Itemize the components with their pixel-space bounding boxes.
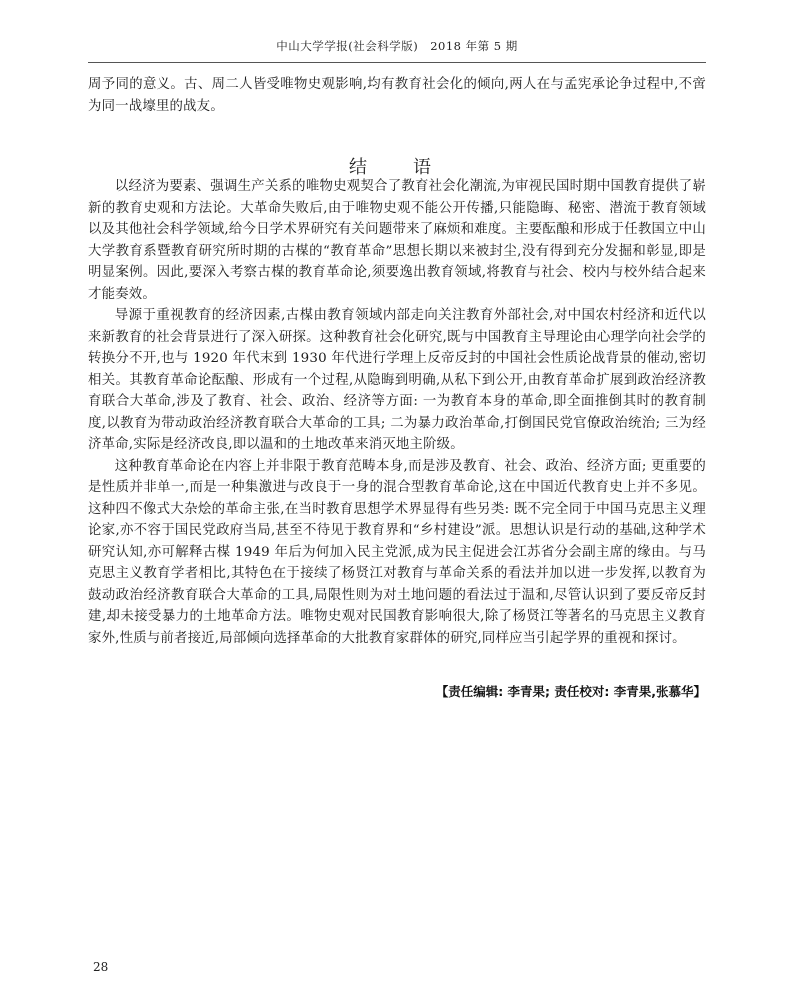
- continuation-text: 周予同的意义。古、周二人皆受唯物史观影响,均有教育社会化的倾向,两人在与孟宪承论…: [88, 74, 706, 117]
- page-number: 28: [93, 960, 108, 974]
- paragraph-2: 导源于重视教育的经济因素,古楳由教育领域内部走向关注教育外部社会,对中国农村经济…: [88, 305, 706, 456]
- running-header: 中山大学学报(社会科学版) 2018 年第 5 期: [88, 38, 706, 54]
- continuation-paragraph: 周予同的意义。古、周二人皆受唯物史观影响,均有教育社会化的倾向,两人在与孟宪承论…: [88, 74, 706, 117]
- paragraph-3: 这种教育革命论在内容上并非限于教育范畴本身,而是涉及教育、社会、政治、经济方面;…: [88, 456, 706, 650]
- editor-credits: 【责任编辑: 李青果; 责任校对: 李青果,张慕华】: [400, 682, 706, 700]
- paragraph-1: 以经济为要素、强调生产关系的唯物史观契合了教育社会化潮流,为审视民国时期中国教育…: [88, 176, 706, 305]
- conclusion-body: 以经济为要素、强调生产关系的唯物史观契合了教育社会化潮流,为审视民国时期中国教育…: [88, 176, 706, 649]
- header-rule: [88, 62, 706, 63]
